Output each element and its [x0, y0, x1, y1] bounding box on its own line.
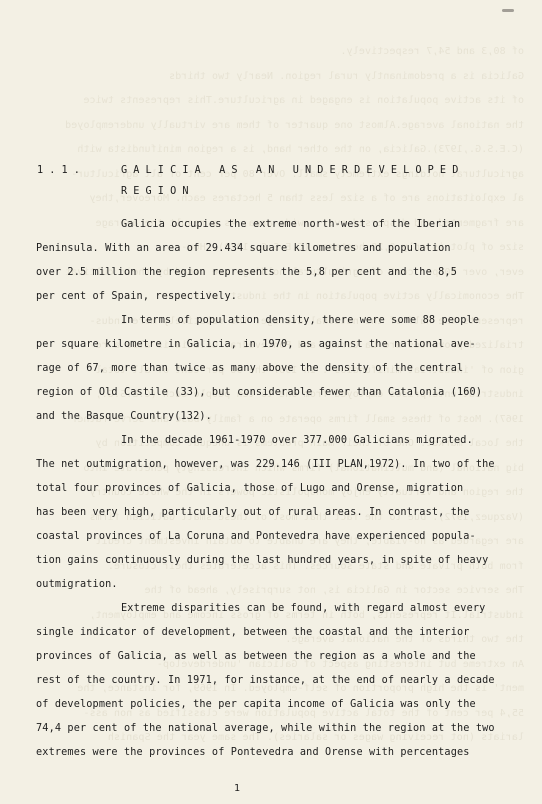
- text-line: outmigration.: [36, 578, 118, 592]
- text-line: has been very high, particularly out of …: [36, 506, 470, 520]
- text-line: single indicator of development, between…: [36, 626, 470, 640]
- text-line: extremes were the provinces of Pontevedr…: [36, 746, 470, 760]
- text-line: 74,4 per cent of the national average, w…: [36, 722, 495, 736]
- text-line: coastal provinces of La Coruna and Ponte…: [36, 530, 476, 544]
- section-number: 1 . 1 .: [37, 165, 80, 176]
- document-page: of 80,3 and 54,7 respectively. Galicia i…: [0, 0, 542, 804]
- show-through-line: The service sector in Galicia is, not su…: [145, 585, 524, 596]
- show-through-line: of its active population is engaged in a…: [83, 95, 524, 106]
- text-line: and the Basque Country(132).: [36, 410, 212, 424]
- text-line: provinces of Galicia, as well as between…: [36, 650, 476, 664]
- text-line: In the decade 1961-1970 over 377.000 Gal…: [121, 434, 473, 448]
- section-title-line-2: R E G I O N: [121, 186, 188, 197]
- show-through-line: the national average.Almost one quarter …: [65, 120, 524, 131]
- text-line: region of Old Castile (33), but consider…: [36, 386, 482, 400]
- text-line: Galicia occupies the extreme north-west …: [121, 218, 460, 232]
- text-line: of development policies, the per capita …: [36, 698, 476, 712]
- page-number: 1: [234, 783, 240, 794]
- text-line: Extreme disparities can be found, with r…: [121, 602, 485, 616]
- text-line: In terms of population density, there we…: [121, 314, 479, 328]
- text-line: The net outmigration, however, was 229.1…: [36, 458, 495, 472]
- section-title-line-1: G A L I C I A A S A N U N D E R D E V E …: [121, 165, 458, 176]
- text-line: per cent of Spain, respectively.: [36, 290, 237, 304]
- text-line: rest of the country. In 1971, for instan…: [36, 674, 495, 688]
- text-line: rage of 67, more than twice as many abov…: [36, 362, 463, 376]
- text-line: tion gains continuously during the last …: [36, 554, 488, 568]
- text-line: per square kilometre in Galicia, in 1970…: [36, 338, 476, 352]
- paper-mark: [502, 9, 514, 12]
- show-through-line: of 80,3 and 54,7 respectively.: [340, 46, 524, 57]
- text-line: Peninsula. With an area of 29.434 square…: [36, 242, 451, 256]
- text-line: total four provinces of Galicia, those o…: [36, 482, 463, 496]
- show-through-line: (C.E.S.G.,1973).Galicia, on the other ha…: [77, 144, 524, 155]
- show-through-line: Galicia is a predominantly rural region.…: [169, 71, 524, 82]
- text-line: over 2.5 million the region represents t…: [36, 266, 457, 280]
